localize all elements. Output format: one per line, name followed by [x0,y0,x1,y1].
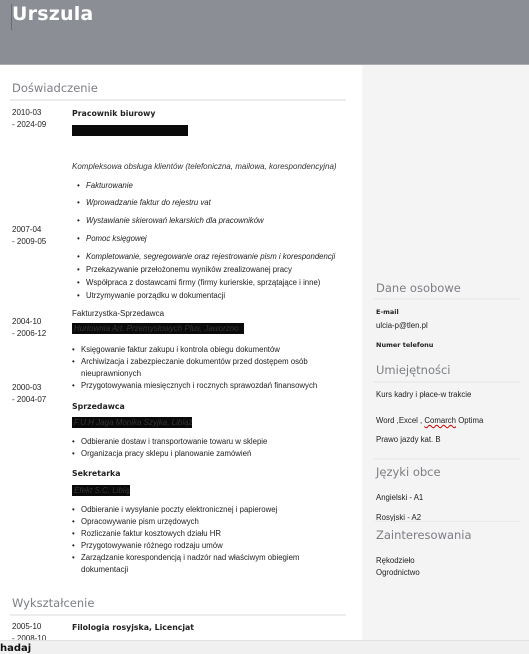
language-item: Angielski - A1 [376,493,423,502]
job-bullet: Wystawianie skierowań lekarskich dla pra… [86,216,264,225]
redacted-employer: Hurtownia Art. Przemysłowych Plus, Jawor… [72,323,244,334]
job-bullet-continuation: nieuprawnionych [81,369,141,378]
job-bullet: Przygotowywanie różnego rodzaju umów [81,541,223,550]
job-date-from: 2000-03 [12,382,41,394]
experience-section-title: Doświadczenie [12,81,98,95]
skill-item: Kurs kadry i płace-w trakcie [376,390,471,399]
redacted-employer: F.U.H Jaga Monika Szyjka, Libiąż [72,417,192,428]
candidate-name[interactable]: Urszula [12,3,93,25]
skill-item-part: Optima [456,416,483,425]
skill-item: Word ,Excel , Comarch Optima [376,416,483,425]
interest-item: Ogrodnictwo [376,568,420,577]
interest-item: Rękodzieło [376,556,415,565]
skill-item: Prawo jazdy kat. B [376,435,441,444]
job-bullet: Utrzymywanie porządku w dokumentacji [86,291,225,300]
job-bullet: Księgowanie faktur zakupu i kontrola obi… [81,345,280,354]
job-bullet: Przygotowywania miesięcznych i rocznych … [81,381,317,390]
education-date-from: 2005-10 [12,621,41,633]
job-date-to: - 2024-09 [12,119,46,131]
job-bullet: Współpraca z dostawcami firmy (firmy kur… [86,278,320,287]
skill-item-part: Word ,Excel , [376,416,424,425]
job-bullet: Odbieranie i wysyłanie poczty elektronic… [81,505,277,514]
job-date-to: - 2009-05 [12,236,46,248]
job-bullet: Przekazywanie przełożonemu wyników zreal… [86,265,292,274]
job-date-to: - 2004-07 [12,394,46,406]
job-bullet: Opracowywanie pism urzędowych [81,517,199,526]
education-date-to: - 2008-10 [12,633,46,640]
job-bullet: Rozliczanie faktur kosztowych działu HR [81,529,221,538]
job-date-from: 2004-10 [12,316,41,328]
job-bullet: Wprowadzanie faktur do rejestru vat [86,198,211,207]
main-column: Doświadczenie 2010-03 - 2024-09 2007-04 … [0,65,362,640]
job-date-from: 2007-04 [12,224,41,236]
section-divider [10,99,346,101]
job-bullet: Pomoc księgowej [86,234,147,243]
job-bullet: Odbieranie dostaw i transportowanie towa… [81,437,267,446]
section-divider [374,458,520,460]
section-divider [374,381,520,383]
phone-label: Numer telefonu [376,341,433,349]
interests-section-title: Zainteresowania [376,528,472,542]
section-divider [374,521,520,522]
job-role: Sekretarka [72,469,121,478]
education-title: Filologia rosyjska, Licencjat [72,623,194,632]
section-divider [374,298,520,300]
job-role: Sprzedawca [72,402,125,411]
job-role: Fakturzystka-Sprzedawca [72,309,164,318]
job-bullet: Archiwizacja i zabezpieczanie dokumentów… [81,357,308,366]
job-bullet: Fakturowanie [86,181,133,190]
job-date-to: - 2006-12 [12,328,46,340]
email-label: E-mail [376,308,399,316]
skills-section-title: Umiejętności [376,363,451,377]
bottom-bar: hadaj [0,640,529,654]
education-section-title: Wykształcenie [12,596,94,610]
resume-header: Urszula [0,0,529,65]
personal-section-title: Dane osobowe [376,281,461,295]
bottom-bar-label[interactable]: hadaj [0,643,31,654]
job-bullet: Organizacja pracy sklepu i planowanie za… [81,449,251,458]
misspelled-word: Comarch [424,416,456,425]
section-divider [10,614,346,616]
redacted-employer [72,125,188,136]
job-bullet: Kompletowanie, segregowanie oraz rejestr… [86,252,335,261]
languages-section-title: Języki obce [376,465,441,479]
job-date-from: 2010-03 [12,107,41,119]
redacted-employer: Efekt S.C. Libiąż [72,485,130,496]
job-bullet: Zarządzanie korespondencją i nadzór nad … [81,553,299,562]
job-role: Pracownik biurowy [72,109,155,118]
job-bullet-continuation: dokumentacji [81,565,128,574]
job-intro: Kompleksowa obsługa klientów (telefonicz… [72,162,337,171]
email-value[interactable]: ulcia-p@tlen.pl [376,321,428,330]
sidebar: Dane osobowe E-mail ulcia-p@tlen.pl Nume… [362,65,529,640]
